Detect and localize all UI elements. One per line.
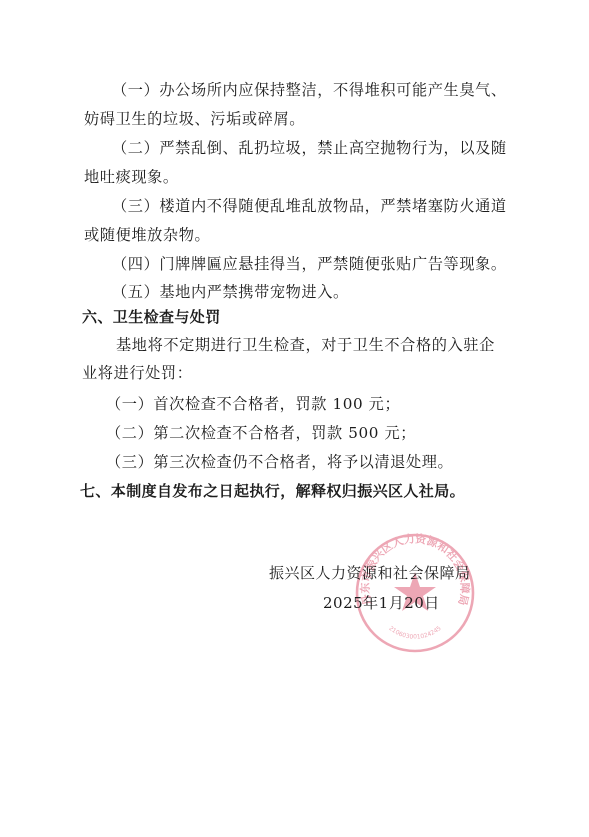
section-6-intro-line2: 业将进行处罚：	[82, 363, 502, 383]
item-5-4: （四）门牌牌匾应悬挂得当，严禁随便张贴广告等现象。	[112, 254, 532, 274]
penalty-item-1: （一）首次检查不合格者，罚款 100 元；	[106, 394, 526, 414]
item-5-5: （五）基地内严禁携带宠物进入。	[112, 282, 532, 302]
section-7-heading: 七、本制度自发布之日起执行，解释权归振兴区人社局。	[80, 481, 500, 501]
document-page: （一）办公场所内应保持整洁，不得堆积可能产生臭气、 妨碍卫生的垃圾、污垢或碎屑。…	[0, 0, 589, 837]
item-5-1-line1: （一）办公场所内应保持整洁，不得堆积可能产生臭气、	[112, 80, 532, 100]
item-5-3-line1: （三）楼道内不得随便乱堆乱放物品，严禁堵塞防火通道	[112, 196, 532, 216]
penalty-item-2: （二）第二次检查不合格者，罚款 500 元；	[106, 423, 526, 443]
section-6-intro-line1: 基地将不定期进行卫生检查，对于卫生不合格的入驻企	[116, 335, 536, 355]
signature-organization: 振兴区人力资源和社会保障局	[269, 563, 471, 583]
signature-date: 2025年1月20日	[323, 593, 440, 613]
item-5-1-line2: 妨碍卫生的垃圾、污垢或碎屑。	[84, 109, 504, 129]
penalty-item-3: （三）第三次检查仍不合格者，将予以清退处理。	[106, 452, 526, 472]
svg-text:210603001024245: 210603001024245	[387, 625, 442, 641]
item-5-2-line1: （二）严禁乱倒、乱扔垃圾，禁止高空抛物行为，以及随	[112, 138, 532, 158]
section-6-heading: 六、卫生检查与处罚	[82, 307, 502, 327]
item-5-2-line2: 地吐痰现象。	[84, 167, 504, 187]
item-5-3-line2: 或随便堆放杂物。	[84, 225, 504, 245]
